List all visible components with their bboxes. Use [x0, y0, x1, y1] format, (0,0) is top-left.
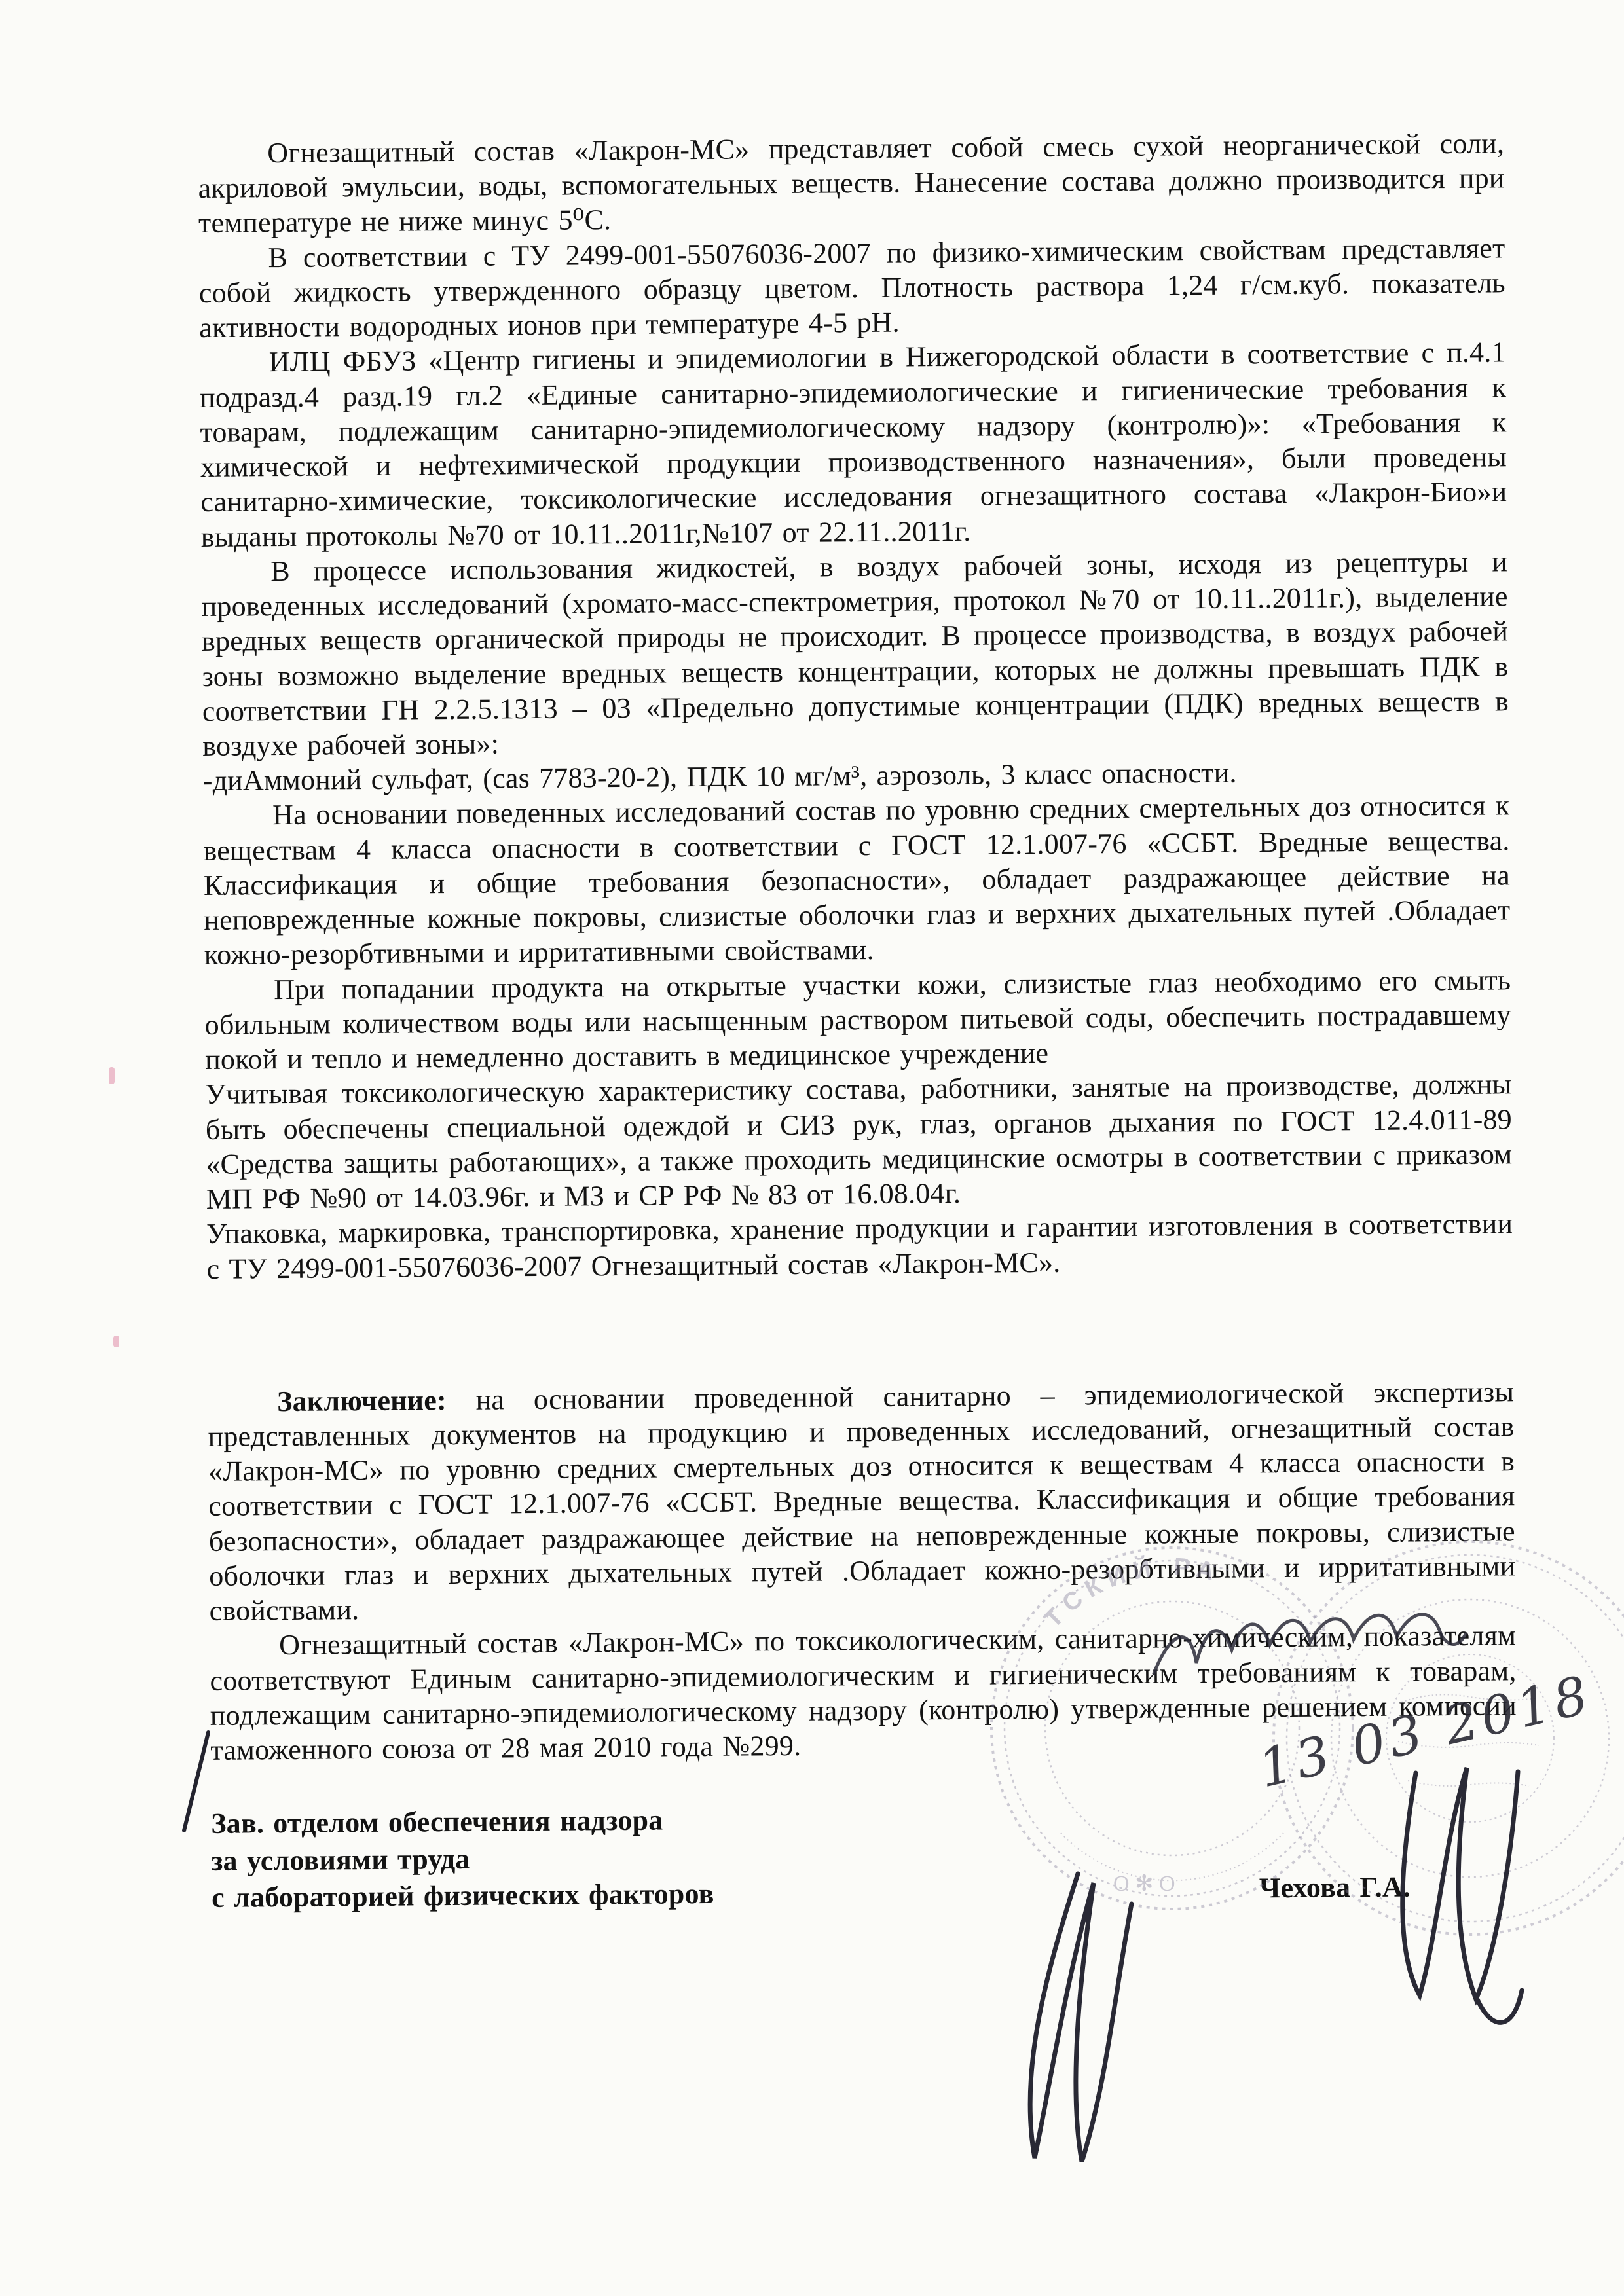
paragraph: Упаковка, маркировка, транспортировка, х…: [206, 1207, 1513, 1286]
signatory-name: Чехова Г.А.: [1259, 1868, 1411, 1906]
paragraph: Огнезащитный состав «Лакрон-МС» представ…: [198, 126, 1505, 240]
scan-artifact: [113, 1336, 119, 1347]
scan-artifact: [109, 1067, 115, 1084]
paragraph: Заключение: на основании проведенной сан…: [208, 1374, 1516, 1628]
paragraphs: Огнезащитный состав «Лакрон-МС» представ…: [198, 126, 1517, 1768]
document-body: Огнезащитный состав «Лакрон-МС» представ…: [198, 126, 1518, 1916]
signature-ink-left: [1030, 1874, 1132, 2162]
scanned-document-page: { "page": { "background_color": "#fbfbf8…: [0, 0, 1624, 2296]
paragraph: Огнезащитный состав «Лакрон-МС» по токси…: [210, 1618, 1517, 1768]
slash-mark: [184, 1732, 208, 1831]
paragraph: ИЛЦ ФБУЗ «Центр гигиены и эпидемиологии …: [200, 335, 1507, 555]
paragraph: При попадании продукта на открытые участ…: [204, 962, 1511, 1077]
paragraph: В процессе использования жидкостей, в во…: [201, 544, 1509, 763]
paragraph: Учитывая токсикологическую характеристик…: [205, 1067, 1513, 1217]
paragraph: В соответствии с ТУ 2499-001-55076036-20…: [198, 230, 1505, 345]
paragraph: На основании поведенных исследований сос…: [203, 788, 1511, 973]
signature-block: Зав. отделом обеспечения надзораза услов…: [211, 1796, 1518, 1917]
conclusion-label: Заключение:: [277, 1384, 447, 1417]
